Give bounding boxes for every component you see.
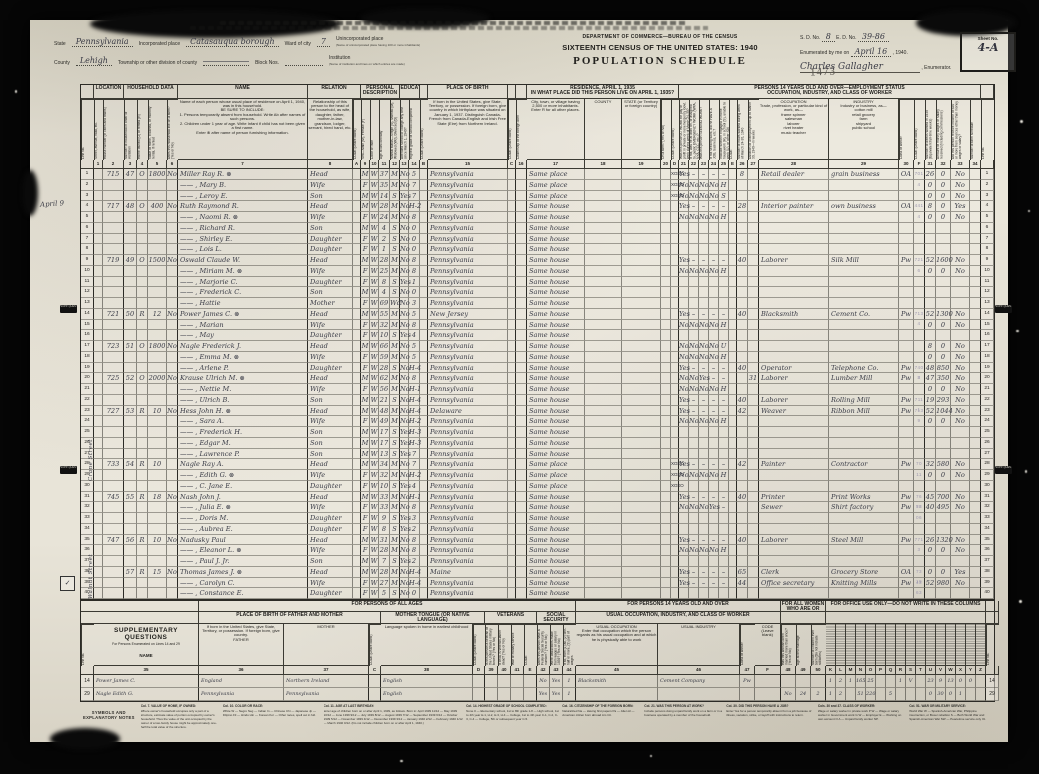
cell-cA bbox=[353, 169, 361, 180]
cell-cC bbox=[508, 481, 516, 492]
cell-rcity: Same house bbox=[527, 567, 585, 578]
cell-klass bbox=[899, 449, 914, 460]
cell-rstate bbox=[622, 201, 661, 212]
cell-hh bbox=[124, 438, 137, 449]
cell-o13: 13 bbox=[946, 675, 956, 688]
cell-marital: M bbox=[390, 470, 400, 481]
cell-c21: No bbox=[679, 502, 689, 513]
cell-c27 bbox=[748, 524, 759, 535]
cell-c24: No bbox=[709, 341, 719, 352]
header-cell: V bbox=[936, 666, 946, 675]
cell-name: Oswald Claude W. bbox=[178, 255, 308, 266]
cell-occ bbox=[759, 244, 829, 255]
cell-c27 bbox=[748, 416, 759, 427]
cell-o3: 1 bbox=[846, 675, 856, 688]
cell-c26: 40 bbox=[737, 309, 748, 320]
cell-value bbox=[148, 556, 167, 567]
cell-house bbox=[103, 363, 124, 374]
cell-name: —— , Paul J. Jr. bbox=[178, 556, 308, 567]
cell-father: England bbox=[199, 675, 284, 688]
cell-c27 bbox=[748, 535, 759, 546]
cell-occ bbox=[759, 427, 829, 438]
cell-rcity: Same house bbox=[527, 287, 585, 298]
cell-marital: M bbox=[390, 459, 400, 470]
cell-name: —— , Emma M. ⊗ bbox=[178, 352, 308, 363]
cell-cC bbox=[508, 535, 516, 546]
cell-c31: 8 bbox=[925, 341, 936, 352]
cell-c27 bbox=[748, 470, 759, 481]
cell-street bbox=[94, 492, 103, 503]
cell-cA bbox=[353, 244, 361, 255]
cell-color: W bbox=[370, 373, 379, 384]
cell-cF bbox=[914, 416, 925, 427]
cell-relation: Head bbox=[308, 459, 353, 470]
cell-ind: Ribbon Mill bbox=[829, 406, 899, 417]
cell-rcity: Same house bbox=[527, 384, 585, 395]
cell-cF bbox=[914, 427, 925, 438]
cell-cB bbox=[420, 287, 428, 298]
header-cell: CODE (Leave blank) bbox=[755, 624, 781, 666]
cell-cit bbox=[516, 341, 527, 352]
cell-hh bbox=[124, 502, 137, 513]
cell-rcity: Same house bbox=[527, 341, 585, 352]
cell-marital: M bbox=[390, 266, 400, 277]
header-cell: INDUSTRY Industry or business, as— cotto… bbox=[829, 99, 899, 160]
cell-c32 bbox=[936, 223, 951, 234]
cell-rcounty bbox=[585, 416, 622, 427]
cell-cE bbox=[729, 309, 737, 320]
cell-sex: M bbox=[361, 223, 370, 234]
cell-rcounty bbox=[585, 513, 622, 524]
cell-occ bbox=[759, 438, 829, 449]
cell-c31: 26 bbox=[925, 535, 936, 546]
header-cell: Duration of unemployment up to March 30,… bbox=[748, 99, 759, 160]
header-cell: RELATION bbox=[308, 85, 361, 99]
cell-rcounty bbox=[585, 588, 622, 599]
cell-uC bbox=[755, 688, 781, 701]
cell-cD bbox=[671, 363, 679, 374]
header-cell: CODE (Leave blank) bbox=[369, 624, 381, 666]
cell-c33 bbox=[951, 427, 970, 438]
cell-hh: 48 bbox=[124, 201, 137, 212]
cell-rfarm bbox=[661, 255, 671, 266]
cell-c22: – bbox=[689, 169, 699, 180]
cell-rstate bbox=[622, 330, 661, 341]
cell-value bbox=[148, 330, 167, 341]
cell-sex: F bbox=[361, 330, 370, 341]
cell-occ: Clerk bbox=[759, 567, 829, 578]
header-cell: 34 bbox=[970, 160, 981, 169]
sd-value: 8 bbox=[822, 32, 835, 42]
cell-ind: Cement Co. bbox=[829, 309, 899, 320]
cell-grade: 0 bbox=[409, 588, 420, 599]
cell-c21: No bbox=[679, 470, 689, 481]
cell-cE bbox=[729, 395, 737, 406]
notes-title: SYMBOLS AND EXPLANATORY NOTES bbox=[80, 704, 138, 736]
cell-ln_r: 7 bbox=[981, 234, 994, 245]
cell-cE bbox=[729, 535, 737, 546]
cell-cA bbox=[353, 395, 361, 406]
header-cell: 17 bbox=[527, 160, 585, 169]
check-stamp: ✓ bbox=[60, 576, 75, 591]
cell-cE bbox=[729, 223, 737, 234]
cell-rfarm bbox=[661, 363, 671, 374]
cell-hh bbox=[124, 395, 137, 406]
header-cell bbox=[856, 624, 866, 666]
cell-house: 727 bbox=[103, 406, 124, 417]
cell-school: No bbox=[400, 470, 409, 481]
cell-relation: Wife bbox=[308, 266, 353, 277]
cell-rcounty bbox=[585, 341, 622, 352]
cell-farm bbox=[167, 277, 178, 288]
cell-value bbox=[148, 395, 167, 406]
cell-street bbox=[94, 277, 103, 288]
cell-c32 bbox=[936, 556, 951, 567]
header-cell: COUNTY bbox=[585, 99, 622, 160]
cell-cF: 73 19 bbox=[914, 567, 925, 578]
cell-rcounty bbox=[585, 287, 622, 298]
cell-rcounty bbox=[585, 395, 622, 406]
cell-color: W bbox=[370, 502, 379, 513]
cell-ln_l: 3 bbox=[81, 191, 94, 202]
cell-age: 14 bbox=[379, 191, 390, 202]
cell-color: W bbox=[370, 588, 379, 599]
cell-o3 bbox=[846, 688, 856, 701]
cell-hh bbox=[124, 588, 137, 599]
cell-cA bbox=[353, 341, 361, 352]
header-cell: 50 bbox=[811, 666, 826, 675]
cell-rstate bbox=[622, 406, 661, 417]
township-crossed-out-entry bbox=[203, 58, 249, 66]
header-cell: PLACE OF BIRTH OF FATHER AND MOTHER bbox=[199, 612, 381, 624]
header-cell: 37 bbox=[284, 666, 369, 675]
cell-c34 bbox=[970, 169, 981, 180]
cut-off-instruction-line bbox=[190, 26, 708, 30]
header-cell: USUAL OCCUPATION Enter that occupation w… bbox=[576, 624, 658, 666]
header-cell: If born in the United States, give State… bbox=[199, 624, 284, 666]
cell-grade: 7 bbox=[409, 449, 420, 460]
cell-farm bbox=[167, 524, 178, 535]
cell-school: No bbox=[400, 298, 409, 309]
cell-c25: H bbox=[719, 180, 729, 191]
cell-tenure bbox=[137, 223, 148, 234]
cell-c22: No bbox=[689, 341, 699, 352]
header-cell: Number of household in order of visitati… bbox=[124, 99, 137, 160]
cell-c34 bbox=[970, 363, 981, 374]
header-cell: Relationship of this person to the head … bbox=[308, 99, 353, 160]
cell-name: —— , Marian bbox=[178, 320, 308, 331]
header-cell: Highest grade of school completed bbox=[409, 99, 420, 160]
cell-sex: M bbox=[361, 395, 370, 406]
cell-sex: M bbox=[361, 535, 370, 546]
cell-rcity: Same house bbox=[527, 588, 585, 599]
cell-grade: H-1 bbox=[409, 384, 420, 395]
cell-c34 bbox=[970, 588, 981, 599]
cell-ln_l: 9 bbox=[81, 255, 94, 266]
header-cell: 30 bbox=[899, 160, 914, 169]
cell-klass: Pw bbox=[899, 492, 914, 503]
cell-rcounty bbox=[585, 191, 622, 202]
cell-grade: 0 bbox=[409, 287, 420, 298]
cell-c34 bbox=[970, 384, 981, 395]
cell-tenure bbox=[137, 320, 148, 331]
header-cell: PERSONS 14 YEARS OLD AND OVER—EMPLOYMENT… bbox=[679, 85, 981, 99]
cell-c25 bbox=[719, 244, 729, 255]
header-cell bbox=[916, 624, 926, 666]
cell-cB bbox=[420, 567, 428, 578]
cell-cF bbox=[914, 223, 925, 234]
cell-ln_l: 1 bbox=[81, 169, 94, 180]
cell-ind bbox=[829, 320, 899, 331]
cell-c26: 28 bbox=[737, 201, 748, 212]
cell-c26 bbox=[737, 438, 748, 449]
cell-c31 bbox=[925, 588, 936, 599]
cell-ln_l: 17 bbox=[81, 341, 94, 352]
header-cell: Y bbox=[966, 666, 976, 675]
header-cell: Does this person have a Federal Social S… bbox=[537, 624, 550, 666]
cell-farm bbox=[167, 244, 178, 255]
cell-o15: 0 bbox=[966, 675, 976, 688]
cell-cD bbox=[671, 320, 679, 331]
cell-ln_r: 29 bbox=[981, 470, 994, 481]
cell-c25: – bbox=[719, 309, 729, 320]
cell-c27 bbox=[748, 169, 759, 180]
cell-cit bbox=[516, 363, 527, 374]
cell-c32: 0 bbox=[936, 416, 951, 427]
cell-c32 bbox=[936, 513, 951, 524]
cell-c34 bbox=[970, 309, 981, 320]
cell-c34 bbox=[970, 556, 981, 567]
cell-grade: H-2 bbox=[409, 470, 420, 481]
note-heading: Col. 14. HIGHEST GRADE OF SCHOOL COMPLET… bbox=[466, 704, 559, 708]
cell-occ bbox=[759, 384, 829, 395]
supp-ques-stamp-line14-right: SUPP. QUES. bbox=[995, 305, 1012, 313]
cell-cC bbox=[508, 244, 516, 255]
cell-sex: F bbox=[361, 277, 370, 288]
cell-house bbox=[103, 438, 124, 449]
cell-farm bbox=[167, 513, 178, 524]
cell-age: 13 bbox=[379, 449, 390, 460]
cell-birth: Pennsylvania bbox=[428, 201, 508, 212]
cell-cE bbox=[729, 191, 737, 202]
cell-sex: M bbox=[361, 427, 370, 438]
cell-birth: Pennsylvania bbox=[428, 352, 508, 363]
note-body: None 0 — Elementary school, 1st to 8th g… bbox=[466, 709, 559, 721]
sheet-number-box: Sheet No. 4-A bbox=[960, 32, 1016, 72]
cell-marital: S bbox=[390, 244, 400, 255]
cell-c23: No bbox=[699, 341, 709, 352]
cell-hh bbox=[124, 384, 137, 395]
cell-ln_l: 14 bbox=[81, 309, 94, 320]
department-line: DEPARTMENT OF COMMERCE—BUREAU OF THE CEN… bbox=[530, 34, 790, 40]
cell-c27 bbox=[748, 234, 759, 245]
cell-cA bbox=[353, 470, 361, 481]
cell-cE bbox=[729, 234, 737, 245]
header-cell: If not, was he at work on, or assigned t… bbox=[689, 99, 699, 160]
cell-rfarm bbox=[661, 341, 671, 352]
note-column: Cols. 30 and 37. CLASS OF WORKER:Wage or… bbox=[818, 704, 906, 736]
margin-date-annotation: April 9 bbox=[40, 199, 65, 209]
cell-cit bbox=[516, 384, 527, 395]
unincorporated-place-note: (Name of unincorporated place having 100… bbox=[336, 43, 420, 47]
cell-c27 bbox=[748, 384, 759, 395]
cell-c23 bbox=[699, 556, 709, 567]
cell-c22 bbox=[689, 298, 699, 309]
cell-c24: – bbox=[709, 255, 719, 266]
cell-house bbox=[103, 352, 124, 363]
cell-birth: Pennsylvania bbox=[428, 588, 508, 599]
header-cell: 7 bbox=[178, 160, 308, 169]
header-cell: 38 bbox=[381, 666, 473, 675]
cell-street bbox=[94, 449, 103, 460]
header-cell: Age at last birthday bbox=[379, 99, 390, 160]
cell-c31: 0 bbox=[925, 320, 936, 331]
cell-house bbox=[103, 277, 124, 288]
cell-c27 bbox=[748, 502, 759, 513]
cell-cA bbox=[353, 373, 361, 384]
cell-farm bbox=[167, 416, 178, 427]
cell-cD bbox=[671, 427, 679, 438]
cell-value bbox=[148, 578, 167, 589]
cell-tenure bbox=[137, 556, 148, 567]
cell-c21 bbox=[679, 234, 689, 245]
cell-street bbox=[94, 330, 103, 341]
cell-c24: No bbox=[709, 191, 719, 202]
cell-c23 bbox=[699, 438, 709, 449]
note-body: Enter age of children born on or after A… bbox=[324, 709, 464, 725]
cell-relation: Son bbox=[308, 438, 353, 449]
cell-c31: 48 bbox=[925, 363, 936, 374]
cell-ln_l: 11 bbox=[81, 277, 94, 288]
cell-cF: 721 6 bbox=[914, 255, 925, 266]
cell-house bbox=[103, 234, 124, 245]
cell-cit bbox=[516, 223, 527, 234]
cell-c23: – bbox=[699, 535, 709, 546]
cell-age: 28 bbox=[379, 255, 390, 266]
cell-birth: Pennsylvania bbox=[428, 244, 508, 255]
cell-c23: No bbox=[699, 320, 709, 331]
cell-cF bbox=[914, 556, 925, 567]
cell-relation: Daughter bbox=[308, 330, 353, 341]
cell-rstate bbox=[622, 191, 661, 202]
cell-klass bbox=[899, 330, 914, 341]
cell-c26 bbox=[737, 449, 748, 460]
cell-c24: No bbox=[709, 320, 719, 331]
cell-rcity: Same house bbox=[527, 545, 585, 556]
cell-rcity: Same house bbox=[527, 320, 585, 331]
cell-cC bbox=[508, 234, 516, 245]
cell-school: No bbox=[400, 384, 409, 395]
cell-c33 bbox=[951, 244, 970, 255]
cell-hh: 55 bbox=[124, 492, 137, 503]
cell-rcity: Same place bbox=[527, 169, 585, 180]
cell-age: 35 bbox=[379, 180, 390, 191]
header-cell: W bbox=[946, 666, 956, 675]
cell-c23 bbox=[699, 298, 709, 309]
cell-ln_l: 30 bbox=[81, 481, 94, 492]
cell-grade: H-3 bbox=[409, 427, 420, 438]
cell-c23: – bbox=[699, 201, 709, 212]
header-cell: Amount of money wages or salary received… bbox=[936, 99, 951, 160]
county-value: Lehigh bbox=[76, 56, 112, 66]
cell-cD bbox=[671, 513, 679, 524]
header-cell: If born in the United States, give State… bbox=[428, 99, 508, 160]
cell-occ bbox=[759, 320, 829, 331]
cell-cA bbox=[353, 492, 361, 503]
cell-sex: M bbox=[361, 556, 370, 567]
cell-ln_r: 15 bbox=[981, 320, 994, 331]
cell-farm: No bbox=[167, 255, 178, 266]
cell-occ bbox=[759, 449, 829, 460]
cell-occ bbox=[759, 556, 829, 567]
cell-cB bbox=[420, 449, 428, 460]
cell-v40 bbox=[498, 675, 511, 688]
cell-c33 bbox=[951, 287, 970, 298]
cell-cD bbox=[671, 201, 679, 212]
cell-name: —— , Frederick H. bbox=[178, 427, 308, 438]
cell-age: 10 bbox=[379, 330, 390, 341]
header-cell: Color or race bbox=[370, 99, 379, 160]
cell-farm bbox=[167, 395, 178, 406]
cell-relation: Wife bbox=[308, 180, 353, 191]
header-cell: 24 bbox=[709, 160, 719, 169]
cell-school: Yes bbox=[400, 438, 409, 449]
cell-color: W bbox=[370, 513, 379, 524]
cell-c34 bbox=[970, 535, 981, 546]
cell-age: 10 bbox=[379, 481, 390, 492]
cell-c32: 1320 bbox=[936, 535, 951, 546]
cell-rcounty bbox=[585, 427, 622, 438]
cell-c21 bbox=[679, 438, 689, 449]
header-cell: 23 bbox=[699, 160, 709, 169]
cell-c23 bbox=[699, 513, 709, 524]
cell-c31: 0 bbox=[925, 180, 936, 191]
cell-name: —— , Carolyn C. bbox=[178, 578, 308, 589]
cell-occ bbox=[759, 266, 829, 277]
cell-c26 bbox=[737, 373, 748, 384]
cell-c31: 0 bbox=[925, 266, 936, 277]
sd-label: S. D. No. bbox=[800, 35, 820, 41]
cell-farm bbox=[167, 223, 178, 234]
cell-rcity: Same place bbox=[527, 191, 585, 202]
cell-o2: 2 bbox=[836, 688, 846, 701]
header-cell: 36 bbox=[199, 666, 284, 675]
cell-cE bbox=[729, 513, 737, 524]
header-cell: Citizenship of the foreign born bbox=[516, 99, 527, 160]
cell-name: —— , Arlene P. bbox=[178, 363, 308, 374]
header-cell: USUAL OCCUPATION, INDUSTRY, AND CLASS OF… bbox=[576, 612, 781, 624]
cell-farm bbox=[167, 212, 178, 223]
cell-name: —— , Mary B. bbox=[178, 180, 308, 191]
cell-school: No bbox=[400, 416, 409, 427]
cell-ln2: 29 bbox=[986, 688, 999, 701]
cell-cA bbox=[369, 675, 381, 688]
cell-house: 721 bbox=[103, 309, 124, 320]
header-cell bbox=[781, 612, 826, 624]
cell-grade: 8 bbox=[409, 373, 420, 384]
header-cell: 9 bbox=[361, 160, 370, 169]
cell-ind bbox=[829, 416, 899, 427]
cell-c22: – bbox=[689, 406, 699, 417]
cell-house: 717 bbox=[103, 201, 124, 212]
cell-relation: Mother bbox=[308, 298, 353, 309]
cell-school: No bbox=[400, 363, 409, 374]
cell-street bbox=[94, 287, 103, 298]
cell-cC bbox=[508, 330, 516, 341]
cell-color: W bbox=[370, 545, 379, 556]
cell-name: Nadusky Paul bbox=[178, 535, 308, 546]
cell-ind: Rolling Mill bbox=[829, 395, 899, 406]
